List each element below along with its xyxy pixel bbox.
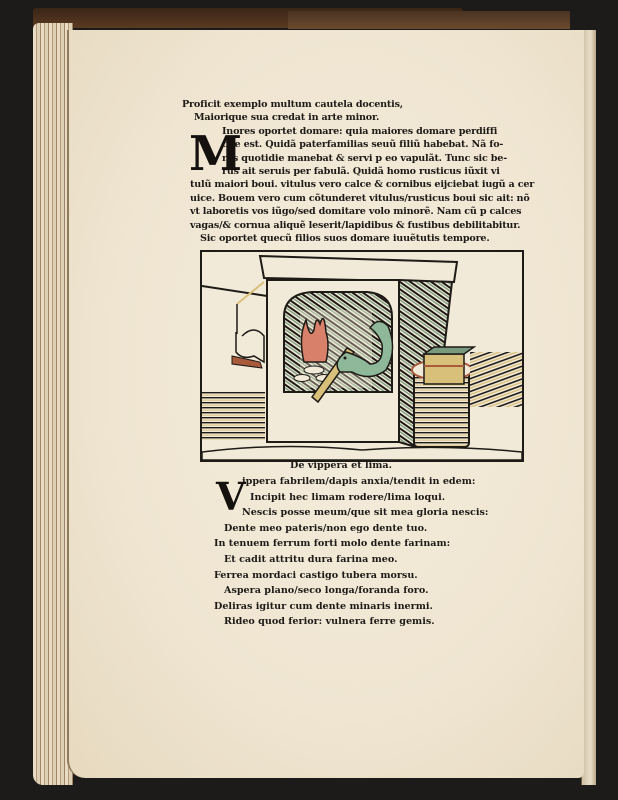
prose-paragraph: M Inores oportet domare: quia maiores do… (182, 125, 512, 246)
verse-line: ippera fabrilem/dapis anxia/tendit in ed… (214, 474, 534, 490)
section2-poem: V ippera fabrilem/dapis anxia/tendit in … (214, 474, 534, 630)
dropcap-initial: M (188, 127, 224, 181)
prose-line: Sic oportet quecũ filios suos domare iuu… (182, 232, 512, 245)
verse-line: Deliras igitur cum dente minaris inermi. (214, 599, 534, 615)
book-cover-top-edge-right (288, 11, 570, 29)
verse-line: Aspera plano/seco longa/foranda foro. (214, 583, 534, 599)
dropcap-initial: V (216, 476, 242, 518)
verse-line: Et cadit attritu dura farina meo. (214, 552, 534, 568)
section1-text: Proficit exemplo multum cautela docentis… (182, 98, 512, 245)
verse-line: In tenuem ferrum forti molo dente farina… (214, 536, 534, 552)
prose-line: uice. Bouem vero cum cõtunderet vitulus/… (182, 192, 512, 205)
verse-line: Ferrea mordaci castigo tubera morsu. (214, 568, 534, 584)
verse-line: Dente meo pateris/non ego dente tuo. (214, 521, 534, 537)
woodcut-illustration (200, 250, 524, 462)
woodcut-viper-and-file-image (202, 252, 522, 460)
verse-line: Proficit exemplo multum cautela docentis… (182, 98, 512, 111)
verse-line: Incipit hec limam rodere/lima loqui. (214, 490, 534, 506)
verse-line: Nescis posse meum/que sit mea gloria nes… (214, 505, 534, 521)
verse-line: Maiorique sua credat in arte minor. (182, 111, 512, 124)
prose-line: vagas/& cornua aliquẽ leserit/lapidibus … (182, 219, 512, 232)
section2-title: De vippera et lima. (290, 460, 392, 471)
verse-line: Rideo quod ferior: vulnera ferre gemis. (214, 614, 534, 630)
prose-line: vt laboretis vos iũgo/sed domitare volo … (182, 205, 512, 218)
